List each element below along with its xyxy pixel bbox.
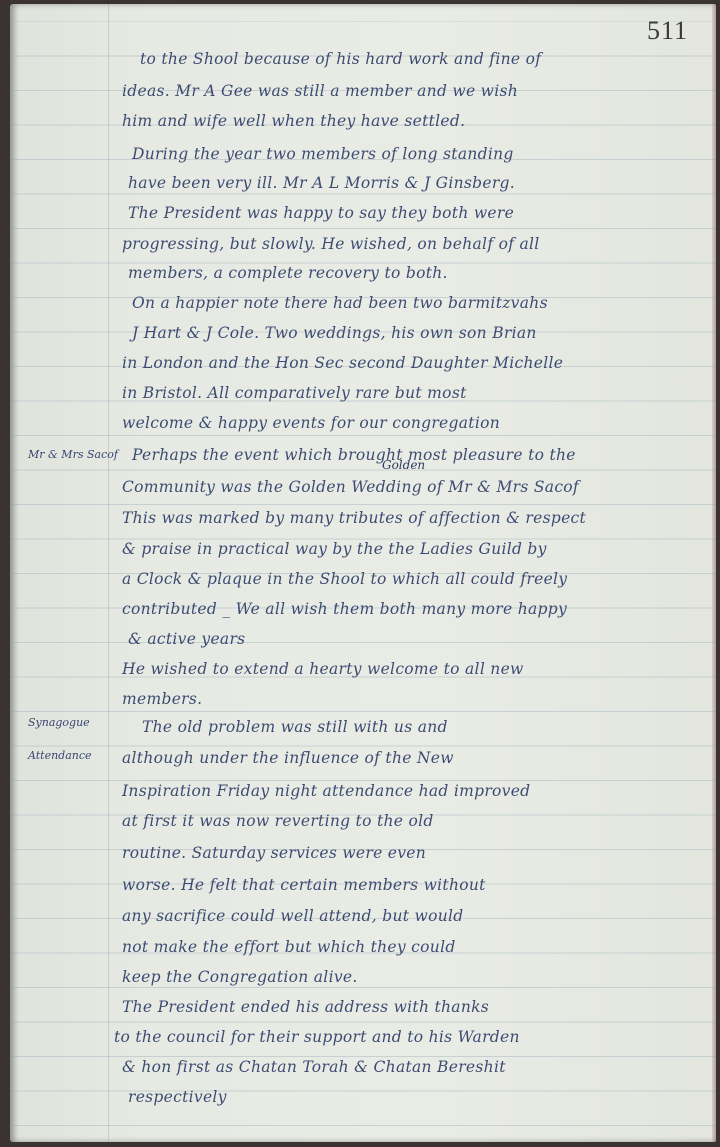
text-line: ideas. Mr A Gee was still a member and w… [122,82,706,100]
text-line: members, a complete recovery to both. [128,264,706,282]
page-edge [712,4,716,1142]
margin-note-attendance: Attendance [28,749,110,762]
text-line: The President ended his address with tha… [122,998,706,1016]
text-line: to the council for their support and to … [114,1028,706,1046]
text-line: He wished to extend a hearty welcome to … [122,660,706,678]
text-line: keep the Congregation alive. [122,968,706,986]
text-line: welcome & happy events for our congregat… [122,414,706,432]
text-line: During the year two members of long stan… [132,145,706,163]
text-line: The President was happy to say they both… [128,204,706,222]
margin-note-synagogue: Synagogue [28,716,110,729]
text-line: This was marked by many tributes of affe… [122,509,706,527]
text-line: in London and the Hon Sec second Daughte… [122,354,706,372]
text-line: any sacrifice could well attend, but wou… [122,907,706,925]
page-number: 511 [647,16,688,46]
text-line: The old problem was still with us and [142,718,706,736]
text-line: & praise in practical way by the the Lad… [122,540,706,558]
text-line: have been very ill. Mr A L Morris & J Gi… [128,174,706,192]
text-line: members. [122,690,706,708]
text-line: to the Shool because of his hard work an… [140,50,706,68]
text-line: him and wife well when they have settled… [122,112,706,130]
text-line: routine. Saturday services were even [122,844,706,862]
margin-rule [108,4,109,1142]
text-line: not make the effort but which they could [122,938,706,956]
text-line: On a happier note there had been two bar… [132,294,706,312]
margin-note-sacof: Mr & Mrs Sacof [28,448,110,461]
text-line: although under the influence of the New [122,749,706,767]
text-line: contributed _ We all wish them both many… [122,600,706,618]
text-line: & hon first as Chatan Torah & Chatan Ber… [122,1058,706,1076]
text-line: a Clock & plaque in the Shool to which a… [122,570,706,588]
text-line: Community was the Golden Wedding of Mr &… [122,478,706,496]
ledger-page: 511 Mr & Mrs Sacof Synagogue Attendance … [10,4,716,1142]
text-line: Inspiration Friday night attendance had … [122,782,706,800]
text-line: worse. He felt that certain members with… [122,876,706,894]
text-line: Perhaps the event which brought most ple… [132,446,706,464]
text-line: progressing, but slowly. He wished, on b… [122,235,706,253]
text-line: in Bristol. All comparatively rare but m… [122,384,706,402]
text-line: at first it was now reverting to the old [122,812,706,830]
text-line: respectively [128,1088,706,1106]
text-line: & active years [128,630,706,648]
text-line: J Hart & J Cole. Two weddings, his own s… [132,324,706,342]
